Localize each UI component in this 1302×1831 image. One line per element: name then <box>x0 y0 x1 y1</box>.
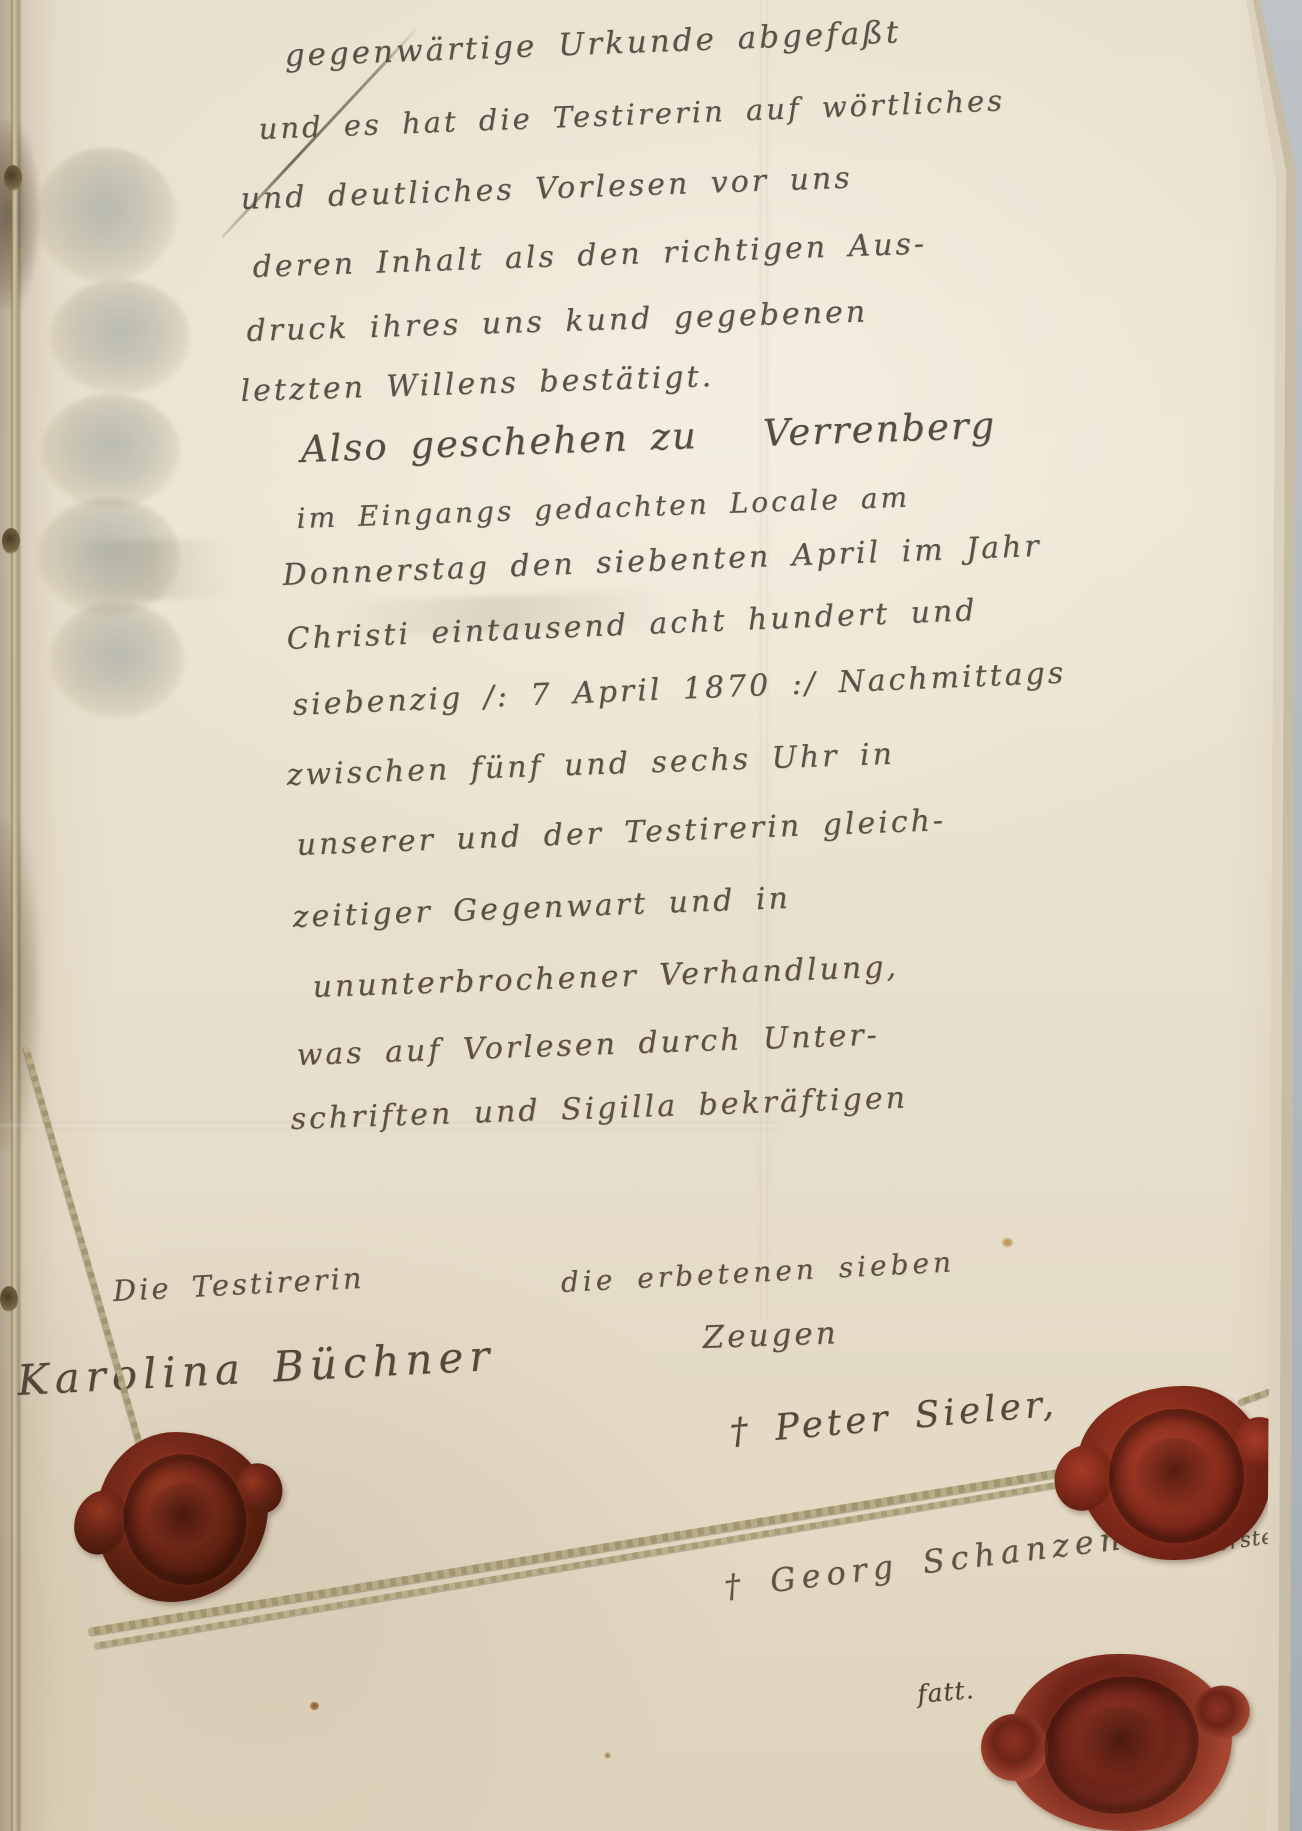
wax-seal-right <box>1078 1386 1270 1560</box>
manuscript-line: im Eingangs gedachten Locale am <box>296 481 911 535</box>
manuscript-line: ununterbrochener Verhandlung, <box>312 950 899 1005</box>
manuscript-line: druck ihres uns kund gegebenen <box>246 294 869 349</box>
binding-knot <box>2 528 20 554</box>
wax-seal-motif <box>1136 1438 1213 1508</box>
testatrix-label: Die Testirerin <box>112 1261 365 1308</box>
binding-thread <box>11 0 19 1831</box>
binding-knot <box>4 165 22 191</box>
wax-seal-motif <box>1075 1707 1165 1778</box>
manuscript-line: zeitiger Gegenwart und in <box>292 881 791 935</box>
manuscript-line-place-date: Also geschehen zu Verrenberg <box>300 404 997 471</box>
testatrix-signature: Karolina Büchner <box>16 1331 496 1405</box>
manuscript-line: zwischen fünf und sechs Uhr in <box>286 737 895 793</box>
manuscript-line-date: siebenzig /: 7 April 1870 :/ Nachmittags <box>292 656 1067 723</box>
witnesses-label-word: Zeugen <box>702 1315 839 1356</box>
sealing-twine-diagonal <box>23 1046 152 1476</box>
annotation-near-bottom-seal: fatt. <box>916 1675 976 1709</box>
verso-seal-stain <box>36 148 176 282</box>
foxing-spot <box>1002 1238 1013 1247</box>
manuscript-line: und es hat die Testirerin auf wörtliches <box>258 83 1006 146</box>
foxing-spot <box>310 1702 319 1710</box>
manuscript-line: gegenwärtige Urkunde abgefaßt <box>284 14 902 74</box>
manuscript-line: was auf Vorlesen durch Unter- <box>296 1018 880 1073</box>
manuscript-line: deren Inhalt als den richtigen Aus- <box>252 226 928 285</box>
wax-seal-motif <box>148 1483 217 1551</box>
spine-shadow-bottom <box>0 820 40 1150</box>
wax-seal-left <box>96 1432 268 1602</box>
manuscript-line: letzten Willens bestätigt. <box>240 359 715 409</box>
verso-seal-stain <box>50 280 190 394</box>
binding-knot <box>0 1286 18 1312</box>
wax-seal-bottom <box>1008 1654 1232 1831</box>
witnesses-label: die erbetenen sieben <box>560 1245 956 1299</box>
document-photo: gegenwärtige Urkunde abgefaßt und es hat… <box>0 0 1302 1831</box>
manuscript-line: Donnerstag den siebenten April im Jahr <box>282 529 1042 593</box>
manuscript-page: gegenwärtige Urkunde abgefaßt und es hat… <box>0 0 1302 1831</box>
spine-shadow-top <box>0 120 40 310</box>
verso-seal-stain <box>42 394 180 508</box>
ink-bleed-streak <box>63 537 235 603</box>
witness-signature-1: † Peter Sieler, <box>728 1383 1059 1452</box>
verso-seal-stain <box>50 602 184 718</box>
manuscript-line: unserer und der Testirerin gleich- <box>296 803 947 863</box>
foxing-spot <box>604 1752 611 1759</box>
